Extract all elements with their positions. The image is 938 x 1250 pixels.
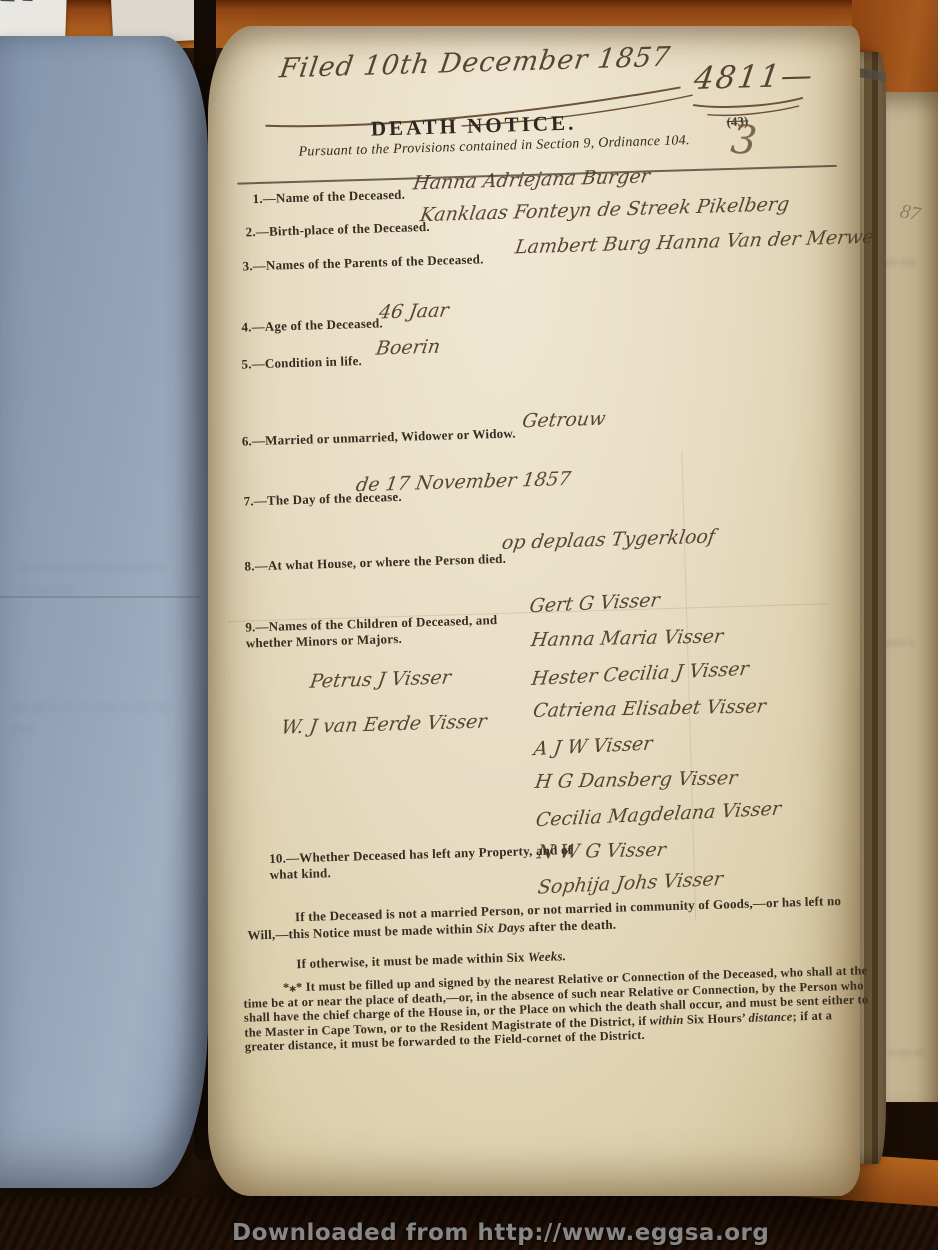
field-value-3: Lambert Burg Hanna Van der Merwe [514, 226, 876, 259]
note-text: after the death. [525, 917, 617, 935]
field-label-5: 5.—Condition in life. [241, 353, 362, 373]
scrap-text-mark [1, 0, 15, 1]
photo-of-death-notice-register: tttt ttt tttt tt ttttt tttt ttt tttttt t… [0, 0, 938, 1250]
paper-scrap-top-left [0, 0, 67, 38]
show-through-text: tttt ttt tttt tt ttttt tttt ttt tttttt t… [20, 556, 180, 600]
filed-annotation: Filed 10th December 1857 [278, 42, 673, 85]
child-name: Catriena Elisabet Visser [532, 695, 768, 722]
field-label-3: 3.—Names of the Parents of the Deceased. [242, 251, 483, 274]
child-name: Hester Cecilia J Visser [530, 658, 750, 690]
note-text: If otherwise, it must be made within Six [296, 949, 528, 971]
field-value-4: 46 Jaar [377, 299, 450, 323]
note-text: Six Hours’ [683, 1010, 748, 1026]
child-name: Cecilia Magdelana Visser [534, 798, 782, 832]
child-name: Gert G Visser [528, 589, 661, 617]
field-label-2: 2.—Birth-place of the Deceased. [245, 219, 430, 240]
field-value-7: de 17 November 1857 [355, 468, 573, 496]
blue-book-page-left: tttt ttt tttt tt ttttt tttt ttt tttttt t… [0, 36, 208, 1188]
instruction-paragraph-3: *⁎* It must be filled up and signed by t… [243, 963, 870, 1054]
note-italic: distance [748, 1009, 792, 1024]
note-italic: Six Days [476, 919, 525, 935]
death-notice-page: Filed 10th December 1857 4811— DEATH NOT… [208, 26, 860, 1196]
field-value-5: Boerin [375, 336, 442, 360]
field-label-4: 4.—Age of the Deceased. [241, 315, 383, 335]
field-label-1: 1.—Name of the Deceased. [252, 187, 405, 208]
note-text: *⁎* It must be filled up and signed by t… [243, 963, 868, 1039]
child-name: Hanna Maria Visser [529, 625, 724, 651]
signature-left-1: Petrus J Visser [308, 666, 452, 692]
field-value-6: Getrouw [521, 408, 607, 433]
child-name: H G Dansberg Visser [534, 767, 739, 793]
note-italic: Weeks. [528, 948, 567, 964]
show-through-text: ttttt tttt ttt ttt tttt tttttt ttt tttt … [10, 696, 180, 740]
field-label-6: 6.—Married or unmarried, Widower or Wido… [242, 425, 516, 449]
note-italic: within [649, 1012, 683, 1027]
field-label-9: 9.—Names of the Children of Deceased, an… [245, 611, 536, 652]
file-number: 4811— [692, 57, 817, 97]
back-page-number: 87 [898, 200, 922, 227]
eggsa-watermark: Downloaded from http://www.eggsa.org [232, 1220, 769, 1246]
child-name: A J W Visser [533, 732, 654, 760]
scrap-text-mark [23, 0, 33, 1]
field-value-1: Hanna Adriejana Burger [412, 165, 652, 194]
signature-left-2: W. J van Eerde Visser [280, 710, 488, 738]
field-label-8: 8.—At what House, or where the Person di… [244, 551, 506, 575]
field-value-2: Kanklaas Fonteyn de Streek Pikelberg [419, 193, 791, 226]
